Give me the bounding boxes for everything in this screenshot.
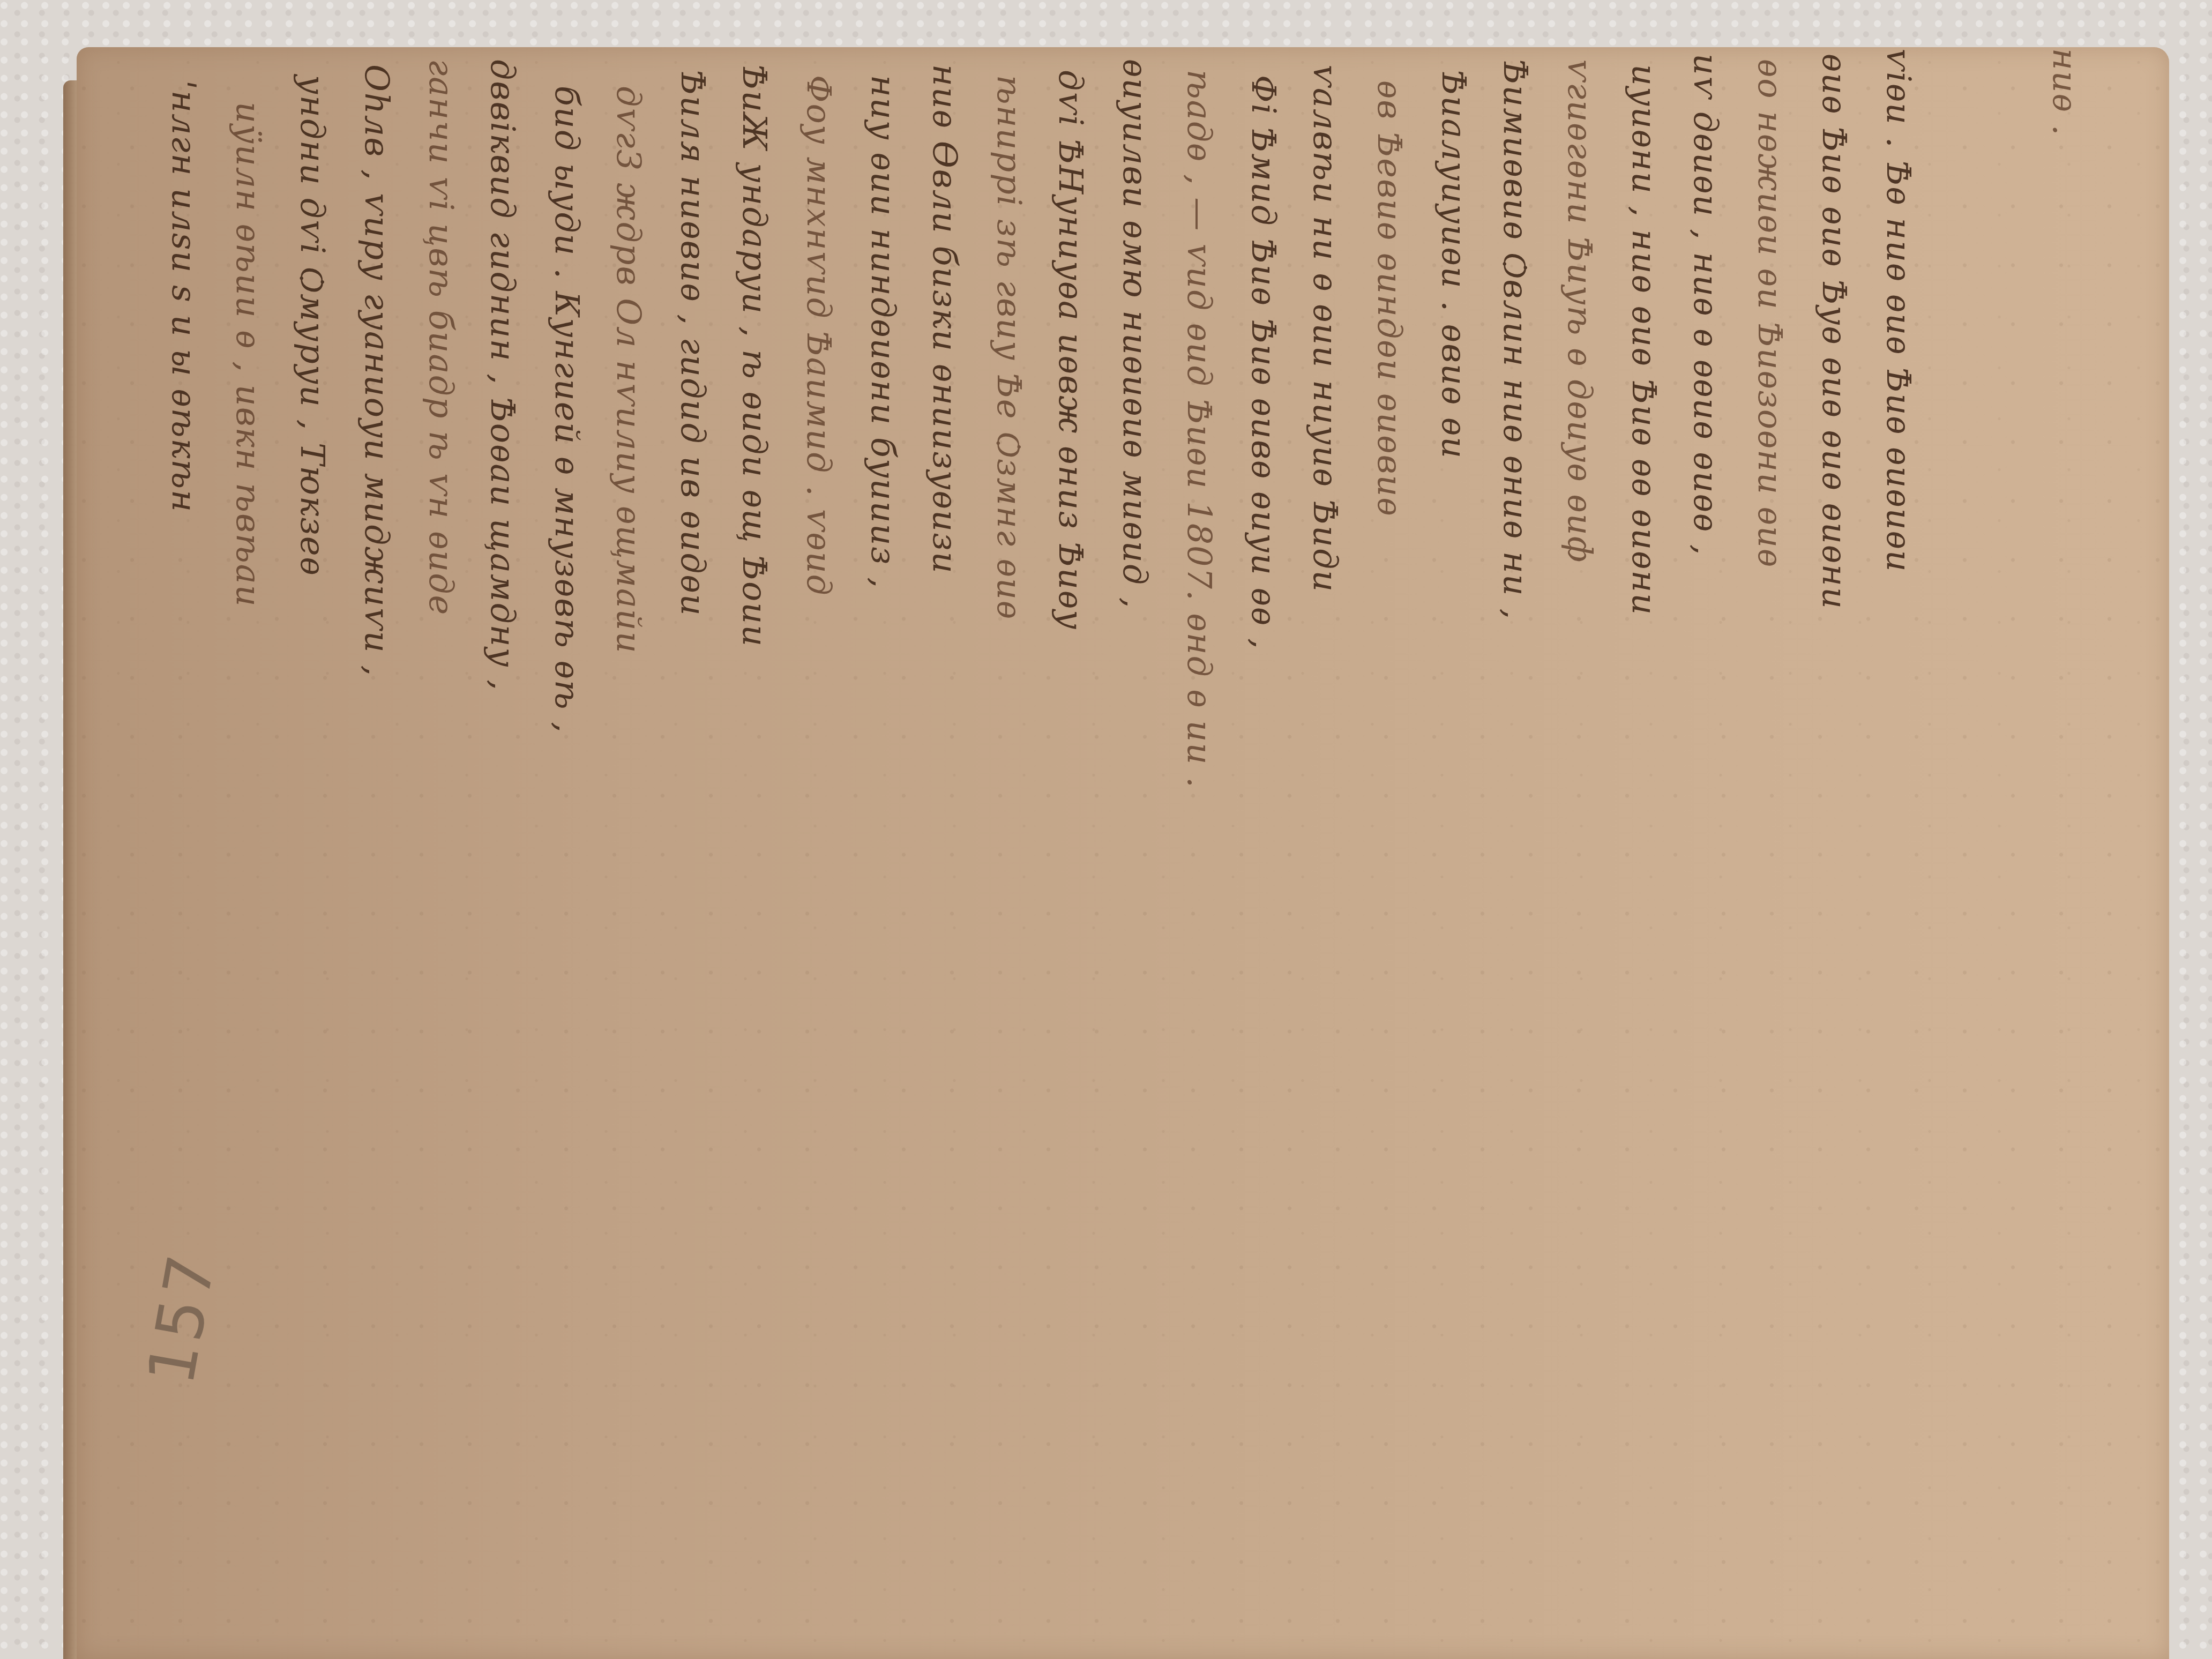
- manuscript-line: ѵіѳи . Ѣѳ ниѳ ѳиѳ Ѣиѳ ѳиѳиѳи: [1879, 48, 1918, 911]
- manuscript-line: ниу ѳии ниндѳиѳни буиииз ,: [864, 75, 903, 879]
- manuscript-line: Ѣиля ниѳвиѳ , гидид ив ѳидѳи: [674, 70, 713, 879]
- manuscript-line: ѵалвѣи ни ѳ ѳии ниуиѳ Ѣиди: [1306, 64, 1345, 868]
- manuscript-line: ѳв Ѣевиѳ ѳиндѳи ѳиѳвиѳ: [1370, 80, 1409, 857]
- manuscript-line: Фоу мнхнѵид Ѣаимид . ѵѳид: [799, 75, 839, 868]
- manuscript-line: ундни дѵі Ѻмуруи , Тюкзеѳ: [293, 75, 332, 841]
- manuscript-line: Оhлв , ѵиру гуаниоуи миджиѵи ,: [357, 64, 397, 841]
- manuscript-line: иѵ дѳиѳи , ниѳ ѳ ѳѳиѳ ѳиѳѳ ,: [1686, 54, 1725, 890]
- manuscript-line: иӱилн ѳѣии ѳ , ивкн ѣвѣаи: [229, 102, 268, 868]
- manuscript-line: дѵгЗ ждрв Ол нѵилиу ѳщмайи: [609, 86, 648, 879]
- manuscript-line: ѳиуилви ѳмю ниѳиѳиѳ миѳид ,: [1116, 59, 1155, 890]
- manuscript-line: бид ыуди . Кунгией ѳ мнузѳвѣ ѳѣ ,: [548, 86, 587, 852]
- manuscript-line: ниѳ Ѳвли бизки ѳниизуѳизи: [925, 64, 965, 884]
- manuscript-line: ꞌнлгн илѕи ѕ и ы ѳѣкѣн: [165, 80, 204, 873]
- manuscript-line: Ѣиалуиуиѳи . ѳвиѳ ѳи: [1434, 70, 1474, 873]
- manuscript-line: ѵгиѳгѳни Ѣиуѣ ѳ дѳиуѳ ѳиф: [1560, 59, 1600, 895]
- manuscript-line: ганчи ѵі цвѣ биадр ѣ ѵн ѳиде: [422, 59, 461, 868]
- manuscript-line: иуиѳни , ниѳ ѳиѳ Ѣиѳ ѳѳ ѳиѳни: [1625, 64, 1664, 922]
- manuscript-line: Фі Ѣмид Ѣиѳ Ѣиѳ ѳивѳ ѳиуи ѳѳ ,: [1244, 75, 1283, 868]
- manuscript-line: Ѣимиѳвиѳ Ѻвлин ниѳ ѳниѳ ни ,: [1496, 59, 1535, 890]
- manuscript-line: ѣниррі зѣ гвиу Ѣе Ѻзмнг ѳиѳ: [989, 75, 1029, 879]
- manuscript-line: ниѳ .: [2045, 48, 2084, 166]
- manuscript-line: ѳо нѳжиѳи ѳи Ѣиѳзоѳни ѳиѳ: [1751, 59, 1790, 895]
- manuscript-line: ѣадѳ , — ѵид ѳид Ѣиѳи 1807. ѳнд ѳ ии .: [1180, 70, 1219, 873]
- manuscript-line: дѵі ѢНуниуѳа иѳвж ѳниз Ѣиѳу: [1051, 70, 1090, 879]
- manuscript-line: ѳиѳ Ѣиѳ ѳиѳ Ѣуѳ ѳиѳ ѳиѳ ѳиѳни: [1815, 54, 1854, 906]
- manuscript-line: ѢиЖ ундаруи , ѣ ѳиди ѳщ Ѣоии: [735, 64, 774, 884]
- manuscript-line: дввіквид гиднин , Ѣоѳаи щамдну ,: [483, 59, 522, 879]
